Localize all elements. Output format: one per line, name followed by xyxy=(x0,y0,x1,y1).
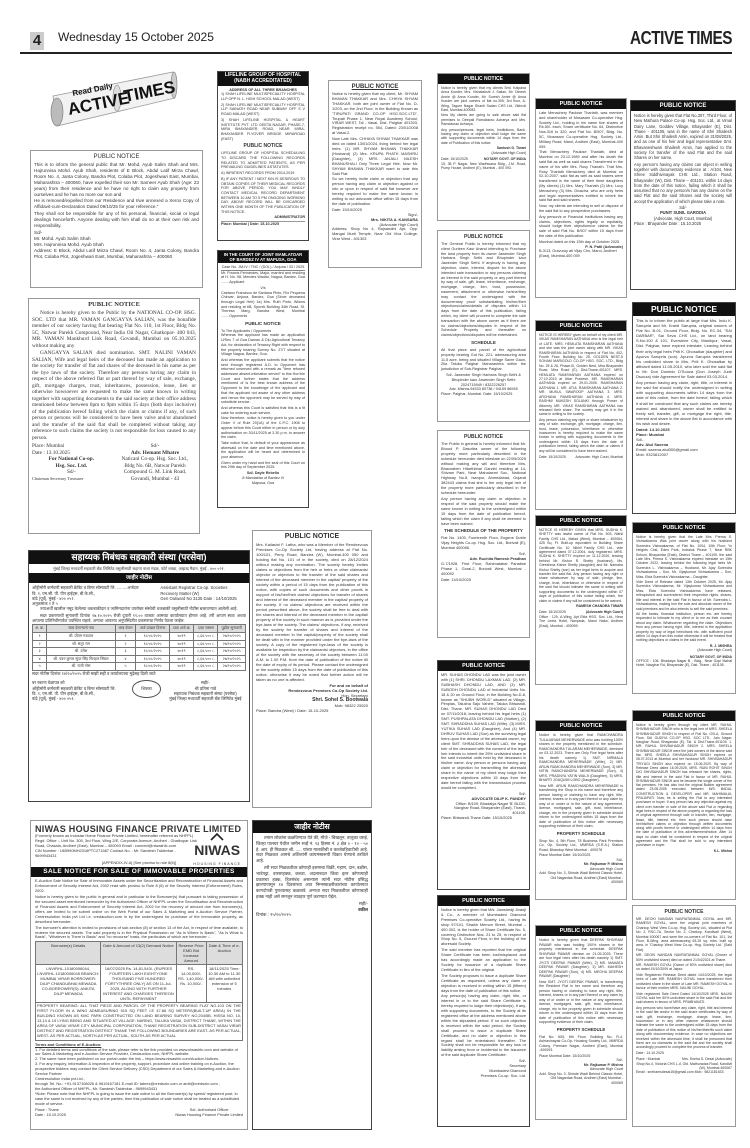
notice-singh: PUBLIC NOTICE Notice is hereby given thr… xyxy=(632,710,736,900)
notice-lifeline-hospital: LIFELINE GROUP OF HOSPITAL(NABH ACCREDIT… xyxy=(217,71,309,241)
notice-sethi: PUBLIC NOTICE The General Public is here… xyxy=(437,230,530,422)
notice-kunder: PUBLIC NOTICE Notice is hereby given tha… xyxy=(437,73,530,221)
notice-dasottra: PUBLIC NOTICE The Public in general is h… xyxy=(437,430,530,638)
page-number: 4 xyxy=(30,32,44,50)
notice-marathi-jahir: जाहीर नोटीस तमाम लोकांना कळविण्यात येते … xyxy=(252,820,372,1130)
notice-court-mapusa: IN THE COURT OF JOINT MAMLATDAROF BARDEZ… xyxy=(217,250,309,508)
notice-sahakar-marathi: सहाय्यक निबंधक सहकारी संस्था (परसेवा) मु… xyxy=(28,550,250,802)
masthead: ACTIVE TIMES xyxy=(630,28,732,49)
table-row: LNVIRHL-10180006044, LNVIRHL-10180006045… xyxy=(36,965,243,1003)
table-row: ४श्री. पवन कुमार सुंदर सिंह चितहार सिंघल… xyxy=(33,655,246,663)
table-row: १श्री. प्रीतम मडवाल११८/०८/२०२५७०१९८,६४,५… xyxy=(33,632,246,640)
notice-jamshedji: PUBLIC NOTICE Notice is hereby given tha… xyxy=(437,895,530,1127)
respondents-table: अ. क्र.जाब देणाऱ्याचे नावजाब देणारअर्ज द… xyxy=(32,624,246,671)
notice-lad: PUBLIC NOTICE MR. SUHAS DHONDU LAD was t… xyxy=(437,660,530,890)
auction-table: Borrower(s) DetailsDate & Amount of 13(2… xyxy=(35,941,243,1003)
niwas-sale-notice: NIWAS HOUSING FINANCE PRIVATE LIMITED (F… xyxy=(30,820,248,1130)
official-seal: शिक्का xyxy=(132,680,162,698)
niwas-logo: NIWAS HOUSING FINANCE xyxy=(193,829,241,871)
notice-sarupria: PUBLIC NOTICE This is to inform the publ… xyxy=(632,302,736,514)
table-row: ३श्री. उमेश३१८/०८/२०२५७०१९८,६४,५०० /-२७/… xyxy=(33,648,246,656)
notice-menachery: PUBLIC NOTICE Late Menachery Paulose Tha… xyxy=(535,98,627,298)
table-header-row: अ. क्र.जाब देणाऱ्याचे नावजाब देणारअर्ज द… xyxy=(33,625,246,633)
notice-amin: PUBLIC NOTICE Notice is hereby given tha… xyxy=(630,100,736,290)
read-daily-logo: Read Daily ACTIVE TIMES xyxy=(45,68,180,128)
newspaper-roll-icon: Read Daily ACTIVE TIMES xyxy=(45,68,180,128)
notice-goyal: PUBLIC NOTICE MR. DEOKI NANDAN NAVRATANM… xyxy=(632,905,736,1127)
page-header: 4 Wednesday 15 October 2025 ACTIVE TIMES xyxy=(20,24,732,54)
notice-shetty: PUBLIC NOTICE NOTICE IS HEREBY GIVEN tha… xyxy=(535,515,627,685)
lifeline-title: LIFELINE GROUP OF HOSPITAL(NABH ACCREDIT… xyxy=(218,72,308,86)
table-header-row: Borrower(s) DetailsDate & Amount of 13(2… xyxy=(36,942,243,965)
issue-date: Wednesday 15 October 2025 xyxy=(58,30,214,44)
notice-aathana: PUBLIC NOTICE NOTICE IS HEREBY given on … xyxy=(535,320,627,510)
notice-national-coop: PUBLIC NOTICE Notice is hereby given to … xyxy=(28,298,200,534)
notice-vishwakarma: PUBLIC NOTICE Notice is hereby given tha… xyxy=(632,522,736,694)
table-row: २श्री. संतुर राम२१८/०८/२०२५७०१९८,६४,५०० … xyxy=(33,640,246,648)
notice-meherwade: PUBLIC NOTICE Notice is hereby given tha… xyxy=(535,720,627,900)
notice-thakkar: PUBLIC NOTICE Notice is hereby given tha… xyxy=(328,80,422,268)
house-roof-icon xyxy=(210,832,224,841)
notice-rendezvous-latha: PUBLIC NOTICE Mrs. Kailasini F. Latha, w… xyxy=(252,530,372,808)
notice-pawar: PUBLIC NOTICE Notice is hereby given tha… xyxy=(535,925,627,1120)
table-row: ५श्री. राजी गोस५१८/०८/२०२५७०१९८,६४,५०० /… xyxy=(33,663,246,671)
notice-shah: PUBLIC NOTICE This is to inform the gene… xyxy=(30,150,203,288)
